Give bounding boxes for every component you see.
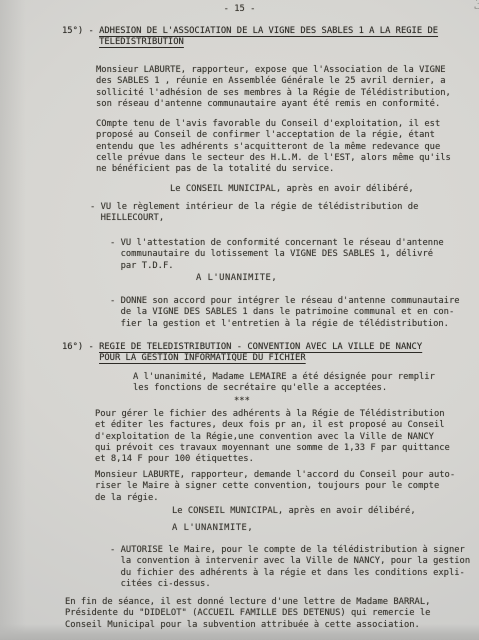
section-16-convention-terms: Pour gérer le fichier des adhérents à la…	[95, 409, 450, 465]
section-15-vu-reglement: - VU le règlement intérieur de la régie …	[90, 202, 418, 225]
section-15-proposal-paragraph: COmpte tenu de l'avis favorable du Conse…	[96, 119, 451, 175]
page-number: - 15 -	[0, 4, 479, 15]
section-15-number: 15°) -	[62, 26, 94, 49]
section-15-heading: 15°) -ADHESION DE L'ASSOCIATION DE LA VI…	[62, 26, 438, 49]
scanned-document-page: 3 - 15 - 15°) -ADHESION DE L'ASSOCIATION…	[0, 0, 479, 640]
section-15-council-formula: Le CONSEIL MUNICIPAL, après en avoir dél…	[170, 184, 414, 195]
section-16-request-paragraph: Monsieur LABURTE, rapporteur, demande l'…	[95, 470, 455, 504]
section-16-secretary-note: A l'unanimité, Madame LEMAIRE a été dési…	[133, 372, 435, 395]
section-16-council-formula: Le CONSEIL MUNICIPAL, après en avoir dél…	[172, 506, 416, 517]
section-15-title: ADHESION DE L'ASSOCIATION DE LA VIGNE DE…	[99, 26, 438, 49]
section-16-heading: 16°) -REGIE DE TELEDISTRIBUTION - CONVEN…	[62, 342, 422, 365]
section-15-vote-result: A L'UNANIMITE,	[196, 273, 277, 284]
closing-letter-paragraph: En fin de séance, il est donné lecture d…	[65, 597, 430, 631]
asterisk-separator: ***	[234, 396, 250, 407]
section-15-vu-attestation: - VU l'attestation de conformité concern…	[110, 238, 444, 272]
section-16-title: REGIE DE TELEDISTRIBUTION - CONVENTION A…	[99, 342, 422, 365]
section-16-decision: - AUTORISE le Maire, pour le compte de l…	[110, 545, 470, 590]
section-15-decision: - DONNE son accord pour intégrer le rése…	[110, 296, 460, 330]
section-15-intro-paragraph: Monsieur LABURTE, rapporteur, expose que…	[96, 65, 451, 110]
section-16-vote-result: A L'UNANIMITE,	[172, 523, 253, 534]
section-16-number: 16°) -	[62, 342, 94, 365]
